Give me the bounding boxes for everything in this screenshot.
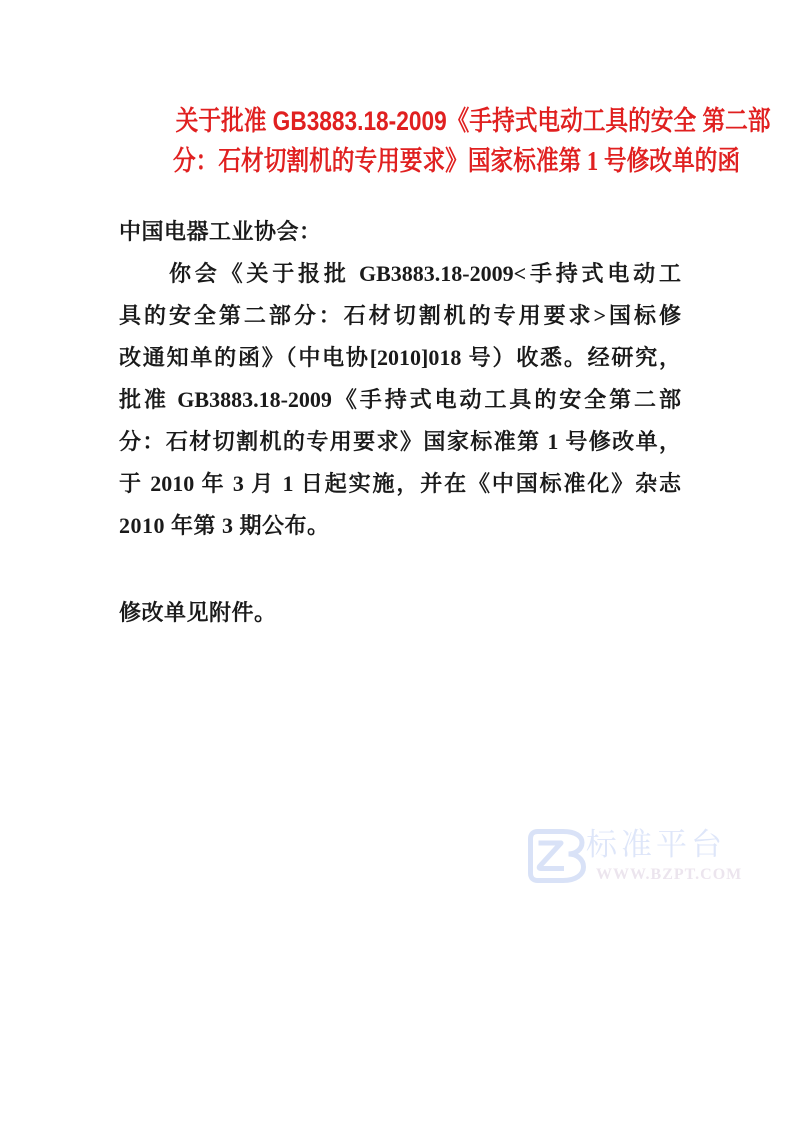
body-line: 改通知单的函》（中电协[2010]018 号）收悉。经研究， bbox=[119, 337, 681, 379]
body-line: 于 2010 年 3 月 1 日起实施，并在《中国标准化》杂志 bbox=[119, 463, 681, 505]
document-title: 关于批准 GB3883.18-2009《手持式电动工具的安全 第二部 分：石材切… bbox=[119, 99, 681, 179]
watermark-brand-text: 标准平台 bbox=[586, 828, 736, 862]
watermark-url-text: WWW.BZPT.COM bbox=[596, 866, 742, 884]
attachment-note-line: 修改单见附件。 bbox=[119, 592, 681, 634]
watermark: 标准平台 WWW.BZPT.COM bbox=[526, 826, 741, 888]
body-line: 批准 GB3883.18-2009《手持式电动工具的安全第二部 bbox=[119, 379, 681, 421]
letter-body: 中国电器工业协会： 你会《关于报批 GB3883.18-2009<手持式电动工 … bbox=[119, 211, 681, 634]
title-line-1-text: 关于批准 GB3883.18-2009《手持式电动工具的安全 第二部 bbox=[176, 106, 771, 136]
body-line: 分：石材切割机的专用要求》国家标准第 1 号修改单， bbox=[119, 421, 681, 463]
title-line-2-songti-segment: 国家标准第 1 号修改单的函 bbox=[468, 146, 740, 176]
body-line: 你会《关于报批 GB3883.18-2009<手持式电动工 bbox=[119, 253, 681, 295]
body-line: 2010 年第 3 期公布。 bbox=[119, 505, 681, 547]
body-line: 具的安全第二部分：石材切割机的专用要求>国标修 bbox=[119, 295, 681, 337]
title-line-2: 分：石材切割机的专用要求》国家标准第 1 号修改单的函 bbox=[119, 139, 681, 179]
title-line-1: 关于批准 GB3883.18-2009《手持式电动工具的安全 第二部 bbox=[119, 99, 681, 139]
document-page: 关于批准 GB3883.18-2009《手持式电动工具的安全 第二部 分：石材切… bbox=[0, 0, 800, 1131]
bzpt-logo-icon bbox=[526, 827, 588, 885]
title-line-2-heiti-segment: 分：石材切割机的专用要求》 bbox=[173, 146, 468, 176]
salutation-line: 中国电器工业协会： bbox=[119, 211, 681, 253]
